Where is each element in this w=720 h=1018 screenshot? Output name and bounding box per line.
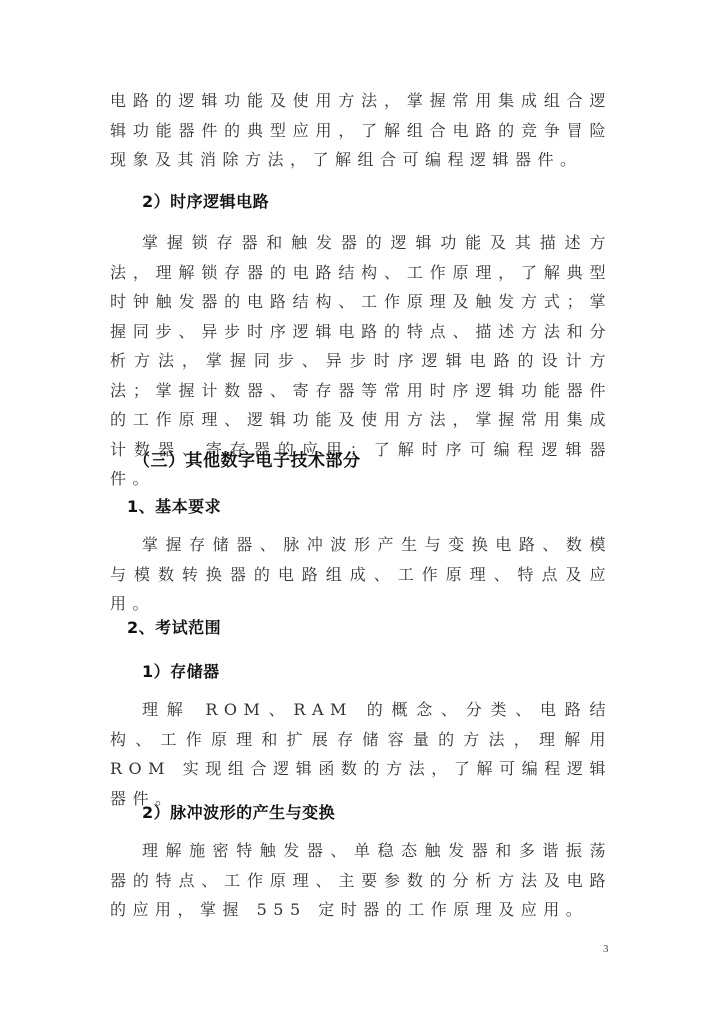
heading-exam-scope: 2、考试范围 [127,615,221,638]
heading-sequential-logic: 2）时序逻辑电路 [142,189,269,212]
heading-other-digital-tech: （三）其他数字电子技术部分 [133,446,361,471]
heading-basic-requirements: 1、基本要求 [127,494,221,517]
heading-memory: 1）存储器 [142,659,220,682]
paragraph-pulse-waveform: 理解施密特触发器、单稳态触发器和多谐振荡器的特点、工作原理、主要参数的分析方法及… [110,836,612,925]
document-page: 电路的逻辑功能及使用方法，掌握常用集成组合逻辑功能器件的典型应用，了解组合电路的… [0,0,720,1018]
paragraph-combinational-logic: 电路的逻辑功能及使用方法，掌握常用集成组合逻辑功能器件的典型应用，了解组合电路的… [110,86,612,175]
page-number: 3 [603,943,609,955]
paragraph-basic-requirements: 掌握存储器、脉冲波形产生与变换电路、数模与模数转换器的电路组成、工作原理、特点及… [110,530,612,619]
paragraph-memory: 理解 ROM、RAM 的概念、分类、电路结构、工作原理和扩展存储容量的方法，理解… [110,695,612,813]
heading-pulse-waveform: 2）脉冲波形的产生与变换 [142,800,335,823]
